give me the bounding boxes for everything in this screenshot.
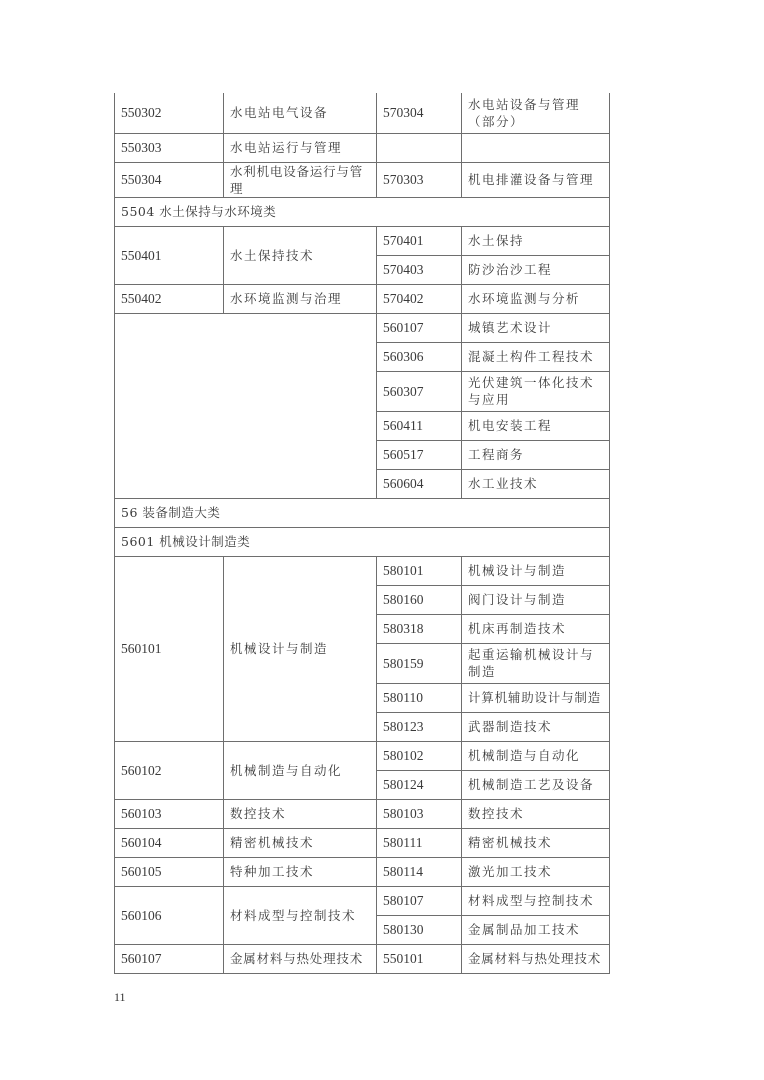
new-code: 560102 [115,741,224,799]
old-major-name: 光伏建筑一体化技术与应用 [462,371,610,411]
old-major-name: 混凝土构件工程技术 [462,342,610,371]
new-code: 550302 [115,93,224,133]
new-major-name: 材料成型与控制技术 [224,886,377,944]
new-major-name: 水环境监测与治理 [224,284,377,313]
new-code: 560105 [115,857,224,886]
empty-merged-cell [115,313,377,498]
table-row: 550304 水利机电设备运行与管理 570303 机电排灌设备与管理 [115,162,610,197]
category-heading: 56 装备制造大类 [115,498,610,527]
old-major-name: 计算机辅助设计与制造 [462,683,610,712]
table-row: 560103 数控技术 580103 数控技术 [115,799,610,828]
old-code: 580103 [377,799,462,828]
old-code: 570402 [377,284,462,313]
new-major-name: 数控技术 [224,799,377,828]
old-code: 580101 [377,556,462,585]
old-code: 560306 [377,342,462,371]
old-major-name: 机械制造工艺及设备 [462,770,610,799]
new-code: 560106 [115,886,224,944]
old-code: 560307 [377,371,462,411]
table-row: 550302 水电站电气设备 570304 水电站设备与管理（部分） [115,93,610,133]
new-code: 560101 [115,556,224,741]
new-code: 550401 [115,226,224,284]
new-code: 550304 [115,162,224,197]
new-major-name: 水土保持技术 [224,226,377,284]
old-code: 560107 [377,313,462,342]
old-code: 560411 [377,411,462,440]
new-code: 560103 [115,799,224,828]
category-row: 5504 水土保持与水环境类 [115,197,610,226]
old-major-name: 机械设计与制造 [462,556,610,585]
old-code: 550101 [377,944,462,973]
old-code: 570401 [377,226,462,255]
old-major-name: 材料成型与控制技术 [462,886,610,915]
old-code: 580102 [377,741,462,770]
table-row: 560107 金属材料与热处理技术 550101 金属材料与热处理技术 [115,944,610,973]
old-major-name: 水土保持 [462,226,610,255]
old-code: 580110 [377,683,462,712]
major-mapping-table: 550302 水电站电气设备 570304 水电站设备与管理（部分） 55030… [114,93,610,974]
new-major-name: 水电站运行与管理 [224,133,377,162]
old-major-name: 金属制品加工技术 [462,915,610,944]
new-major-name: 水电站电气设备 [224,93,377,133]
table-row: 550303 水电站运行与管理 [115,133,610,162]
new-code: 550303 [115,133,224,162]
table-row: 560105 特种加工技术 580114 激光加工技术 [115,857,610,886]
new-code: 560104 [115,828,224,857]
old-code: 570403 [377,255,462,284]
old-code: 580130 [377,915,462,944]
new-major-name: 精密机械技术 [224,828,377,857]
new-major-name: 特种加工技术 [224,857,377,886]
table-row: 550402 水环境监测与治理 570402 水环境监测与分析 [115,284,610,313]
old-major-name: 起重运输机械设计与制造 [462,643,610,683]
old-code: 560604 [377,469,462,498]
old-major-name: 阀门设计与制造 [462,585,610,614]
table-row: 560106 材料成型与控制技术 580107 材料成型与控制技术 [115,886,610,915]
old-code: 580107 [377,886,462,915]
old-major-name: 城镇艺术设计 [462,313,610,342]
category-heading: 5601 机械设计制造类 [115,527,610,556]
old-major-name: 机械制造与自动化 [462,741,610,770]
old-code: 580111 [377,828,462,857]
old-code: 560517 [377,440,462,469]
old-code: 580159 [377,643,462,683]
page-number: 11 [114,990,126,1005]
old-code [377,133,462,162]
table-row: 560104 精密机械技术 580111 精密机械技术 [115,828,610,857]
new-major-name: 机械设计与制造 [224,556,377,741]
old-code: 580318 [377,614,462,643]
new-major-name: 金属材料与热处理技术 [224,944,377,973]
new-code: 550402 [115,284,224,313]
table-row: 550401 水土保持技术 570401 水土保持 [115,226,610,255]
old-major-name: 机电安装工程 [462,411,610,440]
old-major-name: 机床再制造技术 [462,614,610,643]
old-major-name: 水电站设备与管理（部分） [462,93,610,133]
old-major-name: 防沙治沙工程 [462,255,610,284]
old-code: 580114 [377,857,462,886]
old-major-name: 金属材料与热处理技术 [462,944,610,973]
old-major-name: 机电排灌设备与管理 [462,162,610,197]
category-row: 56 装备制造大类 [115,498,610,527]
old-major-name [462,133,610,162]
old-major-name: 激光加工技术 [462,857,610,886]
old-code: 570304 [377,93,462,133]
old-major-name: 工程商务 [462,440,610,469]
old-major-name: 水环境监测与分析 [462,284,610,313]
old-major-name: 水工业技术 [462,469,610,498]
new-code: 560107 [115,944,224,973]
old-code: 580160 [377,585,462,614]
category-row: 5601 机械设计制造类 [115,527,610,556]
old-major-name: 数控技术 [462,799,610,828]
old-code: 580123 [377,712,462,741]
new-major-name: 机械制造与自动化 [224,741,377,799]
old-code: 580124 [377,770,462,799]
table-row: 560101 机械设计与制造 580101 机械设计与制造 [115,556,610,585]
old-major-name: 武器制造技术 [462,712,610,741]
old-code: 570303 [377,162,462,197]
old-major-name: 精密机械技术 [462,828,610,857]
table-row: 560102 机械制造与自动化 580102 机械制造与自动化 [115,741,610,770]
new-major-name: 水利机电设备运行与管理 [224,162,377,197]
table-row: 560107 城镇艺术设计 [115,313,610,342]
category-heading: 5504 水土保持与水环境类 [115,197,610,226]
